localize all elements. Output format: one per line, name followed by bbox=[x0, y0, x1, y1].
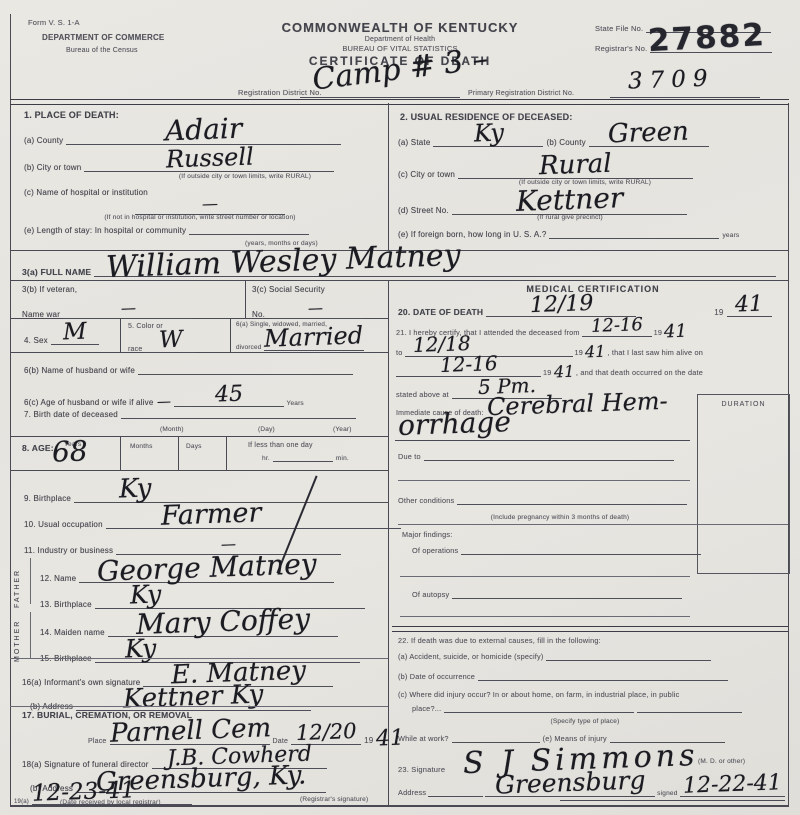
autopsy-rule-2 bbox=[400, 616, 690, 617]
external-c2-line bbox=[444, 712, 634, 713]
operations-row: Of operations bbox=[412, 546, 701, 555]
ssn-label: 3(c) Social Security bbox=[252, 285, 325, 294]
color-label-2: race bbox=[128, 346, 142, 353]
father-name-label: 12. Name bbox=[40, 574, 76, 583]
physician-town-handwriting: Greensburg bbox=[495, 773, 646, 792]
burial-year-prefix: 19 bbox=[364, 736, 373, 745]
cause-handwriting-1: Cerebral Hem- bbox=[486, 395, 667, 414]
external-b-label: (b) Date of occurrence bbox=[398, 672, 475, 681]
to-year-handwriting: 41 bbox=[585, 348, 606, 358]
pod-location-note: (If not in hospital or institution, writ… bbox=[40, 214, 360, 221]
color-handwriting: W bbox=[158, 334, 182, 347]
birthdate-month: (Month) bbox=[160, 426, 184, 433]
birthdate-label: 7. Birth date of deceased bbox=[24, 410, 118, 419]
sex-row-rule bbox=[10, 352, 388, 353]
major-top-rule bbox=[398, 524, 788, 525]
autopsy-line bbox=[452, 598, 682, 599]
residence-street-note: (If rural give precinct) bbox=[500, 214, 640, 221]
veteran-war-row: Name war — bbox=[22, 300, 193, 319]
color-row: race W bbox=[128, 334, 195, 353]
birthdate-year: (Year) bbox=[333, 426, 352, 433]
spouse-age-unit: Years bbox=[287, 400, 304, 407]
age-label: 8. AGE: bbox=[22, 443, 54, 453]
major-findings-label: Major findings: bbox=[402, 530, 452, 539]
reg-district-label: Registration District No. bbox=[238, 88, 322, 97]
certify-to-label: to bbox=[396, 348, 403, 357]
external-c-note: (Specify type of place) bbox=[500, 718, 670, 725]
other-conditions-label: Other conditions bbox=[398, 496, 454, 505]
residence-state-label: (a) State bbox=[398, 138, 430, 147]
date-of-death-label: 20. DATE OF DEATH bbox=[398, 307, 483, 317]
age-min-label: min. bbox=[336, 455, 349, 462]
age-hr-line bbox=[273, 461, 333, 462]
marital-handwriting: Married bbox=[264, 329, 363, 346]
pod-county-handwriting: Adair bbox=[165, 121, 243, 139]
dod-year-handwriting: 41 bbox=[735, 299, 763, 312]
occupation-label: 10. Usual occupation bbox=[24, 520, 103, 529]
occupation-row: 10. Usual occupation Farmer bbox=[24, 508, 401, 529]
pod-hospital-handwriting: — bbox=[202, 200, 218, 209]
bureau-census: Bureau of the Census bbox=[66, 47, 138, 54]
marital-row: divorced Married bbox=[236, 331, 364, 351]
external-c-label: (c) Where did injury occur? In or about … bbox=[398, 690, 679, 699]
residence-county-handwriting: Green bbox=[608, 125, 689, 142]
external-title: 22. If death was due to external causes,… bbox=[398, 636, 601, 645]
age-days-label: Days bbox=[186, 443, 202, 450]
other-conditions-line bbox=[457, 504, 687, 505]
veteran-label: 3(b) If veteran, bbox=[22, 285, 77, 294]
due-rule-2 bbox=[398, 480, 690, 481]
birthdate-row: 7. Birth date of deceased bbox=[24, 410, 356, 419]
medical-certification-title: MEDICAL CERTIFICATION bbox=[398, 284, 788, 294]
state-file-label: State File No. bbox=[595, 24, 643, 33]
color-marital-divider bbox=[230, 318, 231, 352]
pregnancy-note: (Include pregnancy within 3 months of de… bbox=[430, 514, 690, 521]
alive-year-prefix: 19 bbox=[543, 368, 552, 377]
residence-foreign-line bbox=[549, 238, 719, 239]
residence-county-label: (b) County bbox=[546, 138, 585, 147]
birthdate-line bbox=[121, 418, 356, 419]
commonwealth-title: COMMONWEALTH OF KENTUCKY bbox=[282, 20, 519, 35]
registrar-number-stamp: 27882 bbox=[647, 17, 767, 59]
vet-ss-divider bbox=[245, 280, 246, 318]
ssn-row: No. — bbox=[252, 300, 363, 319]
physician-signature-label: 23. Signature bbox=[398, 765, 445, 774]
mother-birthplace-handwriting: Ky bbox=[124, 641, 156, 656]
age-divider-2 bbox=[178, 436, 179, 470]
from-year-prefix: 19 bbox=[654, 328, 663, 337]
external-c2-row: place?... bbox=[412, 704, 742, 713]
pod-county-row: (a) County Adair bbox=[24, 122, 341, 145]
external-top-rule bbox=[392, 626, 788, 632]
certify-row-3: 12-16 19 41 , and that death occurred on… bbox=[396, 358, 703, 377]
operations-label: Of operations bbox=[412, 546, 458, 555]
mother-name-label: 14. Maiden name bbox=[40, 628, 105, 637]
birthplace-handwriting: Ky bbox=[119, 481, 152, 496]
while-at-work-line bbox=[452, 742, 540, 743]
cause-rule bbox=[395, 440, 690, 441]
burial-date-handwriting: 12/20 bbox=[296, 726, 357, 740]
operations-rule-2 bbox=[400, 576, 690, 577]
veteran-war-handwriting: — bbox=[120, 304, 135, 313]
registrar-date-note: (Date received by local registrar) bbox=[60, 799, 161, 806]
burial-place-row: Place Parnell Cem Date 12/20 19 41 bbox=[88, 724, 404, 745]
from-year-handwriting: 41 bbox=[664, 327, 687, 338]
date-of-death-handwriting: 12/19 bbox=[529, 298, 593, 312]
form-number: Form V. S. 1-A bbox=[28, 18, 80, 27]
residence-street-label: (d) Street No. bbox=[398, 206, 449, 215]
mother-side-label: MOTHER bbox=[14, 610, 21, 662]
ssn-no-label: No. bbox=[252, 310, 265, 319]
external-c3-line bbox=[637, 712, 742, 713]
sex-handwriting: M bbox=[63, 326, 87, 339]
residence-city-label: (c) City or town bbox=[398, 170, 455, 179]
due-to-label: Due to bbox=[398, 452, 421, 461]
spouse-age-dash: — bbox=[156, 399, 170, 407]
attended-to-handwriting: 12/18 bbox=[412, 338, 470, 351]
father-birthplace-handwriting: Ky bbox=[129, 587, 161, 602]
death-certificate-scan: Form V. S. 1-A DEPARTMENT OF COMMERCE Bu… bbox=[0, 0, 800, 815]
pod-city-handwriting: Russell bbox=[165, 150, 253, 166]
certify-text-2: , that I last saw him alive on bbox=[607, 348, 703, 357]
veteran-war-label: Name war bbox=[22, 310, 60, 319]
age-hr-label: hr. bbox=[262, 455, 270, 462]
place-of-death-title: 1. PLACE OF DEATH: bbox=[24, 110, 119, 120]
birthplace-label: 9. Birthplace bbox=[24, 494, 71, 503]
physician-address-label: Address bbox=[398, 788, 426, 797]
duration-box: DURATION bbox=[697, 394, 790, 574]
burial-place-label: Place bbox=[88, 738, 107, 745]
due-to-row: Due to bbox=[398, 452, 674, 461]
to-year-prefix: 19 bbox=[575, 348, 584, 357]
dept-health: Department of Health bbox=[365, 36, 436, 43]
registrar-item-label: 19(a) bbox=[14, 799, 29, 805]
primary-district-value-handwriting: 3709 bbox=[628, 72, 715, 88]
ssn-handwriting: — bbox=[308, 304, 323, 313]
signature-rule-2 bbox=[560, 800, 785, 801]
external-b-line bbox=[478, 680, 728, 681]
birthdate-day: (Day) bbox=[258, 426, 275, 433]
registrar-no-label: Registrar's No. bbox=[595, 44, 647, 53]
date-of-death-row: 20. DATE OF DEATH 12/19 19 41 bbox=[398, 298, 772, 317]
sex-color-divider bbox=[120, 318, 121, 352]
registrar-date-handwriting: 12-23-41 bbox=[32, 784, 136, 800]
border-left bbox=[10, 14, 11, 806]
md-or-other-note: (M. D. or other) bbox=[698, 758, 745, 765]
father-name-row: 12. Name George Matney bbox=[40, 560, 334, 583]
spouse-name-label: 6(b) Name of husband or wife bbox=[24, 366, 135, 375]
dept-commerce: DEPARTMENT OF COMMERCE bbox=[42, 33, 164, 42]
last-alive-handwriting: 12-16 bbox=[439, 358, 497, 371]
pod-county-label: (a) County bbox=[24, 136, 63, 145]
header-rule bbox=[10, 99, 789, 105]
occupation-handwriting: Farmer bbox=[160, 506, 261, 524]
pod-city-label: (b) City or town bbox=[24, 163, 81, 172]
pod-stay-label: (e) Length of stay: In hospital or commu… bbox=[24, 226, 186, 235]
spouse-age-handwriting: 45 bbox=[214, 389, 242, 402]
physician-address-line bbox=[428, 796, 483, 797]
external-c2-label: place?... bbox=[412, 704, 441, 713]
full-name-row: 3(a) FULL NAME William Wesley Matney bbox=[22, 254, 776, 277]
sex-label: 4. Sex bbox=[24, 336, 48, 345]
age-divider-3 bbox=[226, 436, 227, 470]
other-conditions-row: Other conditions bbox=[398, 496, 687, 505]
pod-city-row: (b) City or town Russell bbox=[24, 152, 334, 172]
pod-stay-row: (e) Length of stay: In hospital or commu… bbox=[24, 226, 309, 235]
age-bottom-rule bbox=[10, 470, 388, 471]
primary-district-line bbox=[610, 97, 760, 98]
alive-year-handwriting: 41 bbox=[553, 368, 574, 378]
residence-street-row: (d) Street No. Kettner bbox=[398, 192, 687, 215]
residence-city-handwriting: Rural bbox=[539, 157, 612, 174]
age-less-label: If less than one day bbox=[248, 442, 313, 449]
mother-bracket bbox=[30, 612, 31, 658]
external-a-label: (a) Accident, suicide, or homicide (spec… bbox=[398, 652, 543, 661]
spouse-name-line bbox=[138, 374, 353, 375]
informant-bottom-rule bbox=[10, 706, 388, 707]
reg-district-line bbox=[300, 97, 460, 98]
external-b-row: (b) Date of occurrence bbox=[398, 672, 728, 681]
mother-name-handwriting: Mary Coffey bbox=[136, 611, 310, 632]
attended-from-handwriting: 12-16 bbox=[591, 320, 643, 332]
certify-text-3: , and that death occurred on the date bbox=[576, 368, 703, 377]
father-birthplace-label: 13. Birthplace bbox=[40, 600, 92, 609]
full-name-label: 3(a) FULL NAME bbox=[22, 267, 91, 277]
autopsy-label: Of autopsy bbox=[412, 590, 449, 599]
father-side-label: FATHER bbox=[14, 556, 21, 608]
pod-city-note: (If outside city or town limits, write R… bbox=[110, 173, 380, 180]
physician-address-row: Address Greensburg signed 12-22-41 bbox=[398, 776, 785, 797]
pod-hospital-row: — bbox=[135, 196, 285, 215]
primary-district-label: Primary Registration District No. bbox=[468, 90, 574, 97]
industry-handwriting: — bbox=[221, 540, 236, 549]
spouse-age-row: 6(c) Age of husband or wife if alive — 4… bbox=[24, 388, 304, 407]
dod-year-prefix: 19 bbox=[714, 308, 723, 317]
age-divider-1 bbox=[120, 436, 121, 470]
informant-address-row: (b) Address Kettner Ky bbox=[30, 690, 311, 711]
age-months-label: Months bbox=[130, 443, 153, 450]
residence-state-handwriting: Ky bbox=[473, 126, 503, 140]
registrar-signature-note: (Registrar's signature) bbox=[300, 796, 368, 803]
informant-address-handwriting: Kettner Ky bbox=[123, 688, 264, 707]
father-name-handwriting: George Matney bbox=[97, 556, 317, 579]
due-to-line bbox=[424, 460, 674, 461]
pod-hospital-label: (c) Name of hospital or institution bbox=[24, 188, 148, 197]
residence-foreign-unit: years bbox=[722, 232, 739, 239]
mother-name-row: 14. Maiden name Mary Coffey bbox=[40, 614, 338, 637]
spouse-name-row: 6(b) Name of husband or wife bbox=[24, 366, 353, 375]
residence-state-county-row: (a) State Ky (b) County Green bbox=[398, 126, 709, 147]
pod-stay-line bbox=[189, 234, 309, 235]
marital-label-2: divorced bbox=[236, 344, 261, 351]
father-bracket bbox=[30, 558, 31, 604]
cause-handwriting-2: orrhage bbox=[398, 414, 511, 433]
burial-place-handwriting: Parnell Cem bbox=[109, 721, 271, 741]
full-name-handwriting: William Wesley Matney bbox=[106, 248, 461, 277]
signed-label: signed bbox=[657, 790, 677, 797]
external-a-row: (a) Accident, suicide, or homicide (spec… bbox=[398, 652, 711, 661]
residence-street-handwriting: Kettner bbox=[515, 190, 623, 209]
age-hr-row: hr. min. bbox=[262, 455, 349, 462]
column-divider-upper bbox=[388, 103, 389, 250]
industry-label: 11. Industry or business bbox=[24, 546, 113, 555]
operations-line bbox=[461, 554, 701, 555]
residence-city-row: (c) City or town Rural bbox=[398, 158, 693, 179]
external-a-line bbox=[546, 660, 711, 661]
duration-label: DURATION bbox=[698, 401, 789, 408]
residence-foreign-label: (e) If foreign born, how long in U. S. A… bbox=[398, 230, 546, 239]
sex-row: 4. Sex M bbox=[24, 326, 99, 345]
signed-date-handwriting: 12-22-41 bbox=[682, 777, 781, 793]
while-at-work-label: While at work? bbox=[398, 734, 449, 743]
autopsy-row: Of autopsy bbox=[412, 590, 682, 599]
spouse-age-label: 6(c) Age of husband or wife if alive bbox=[24, 398, 154, 407]
age-handwriting: 68 bbox=[52, 443, 88, 460]
